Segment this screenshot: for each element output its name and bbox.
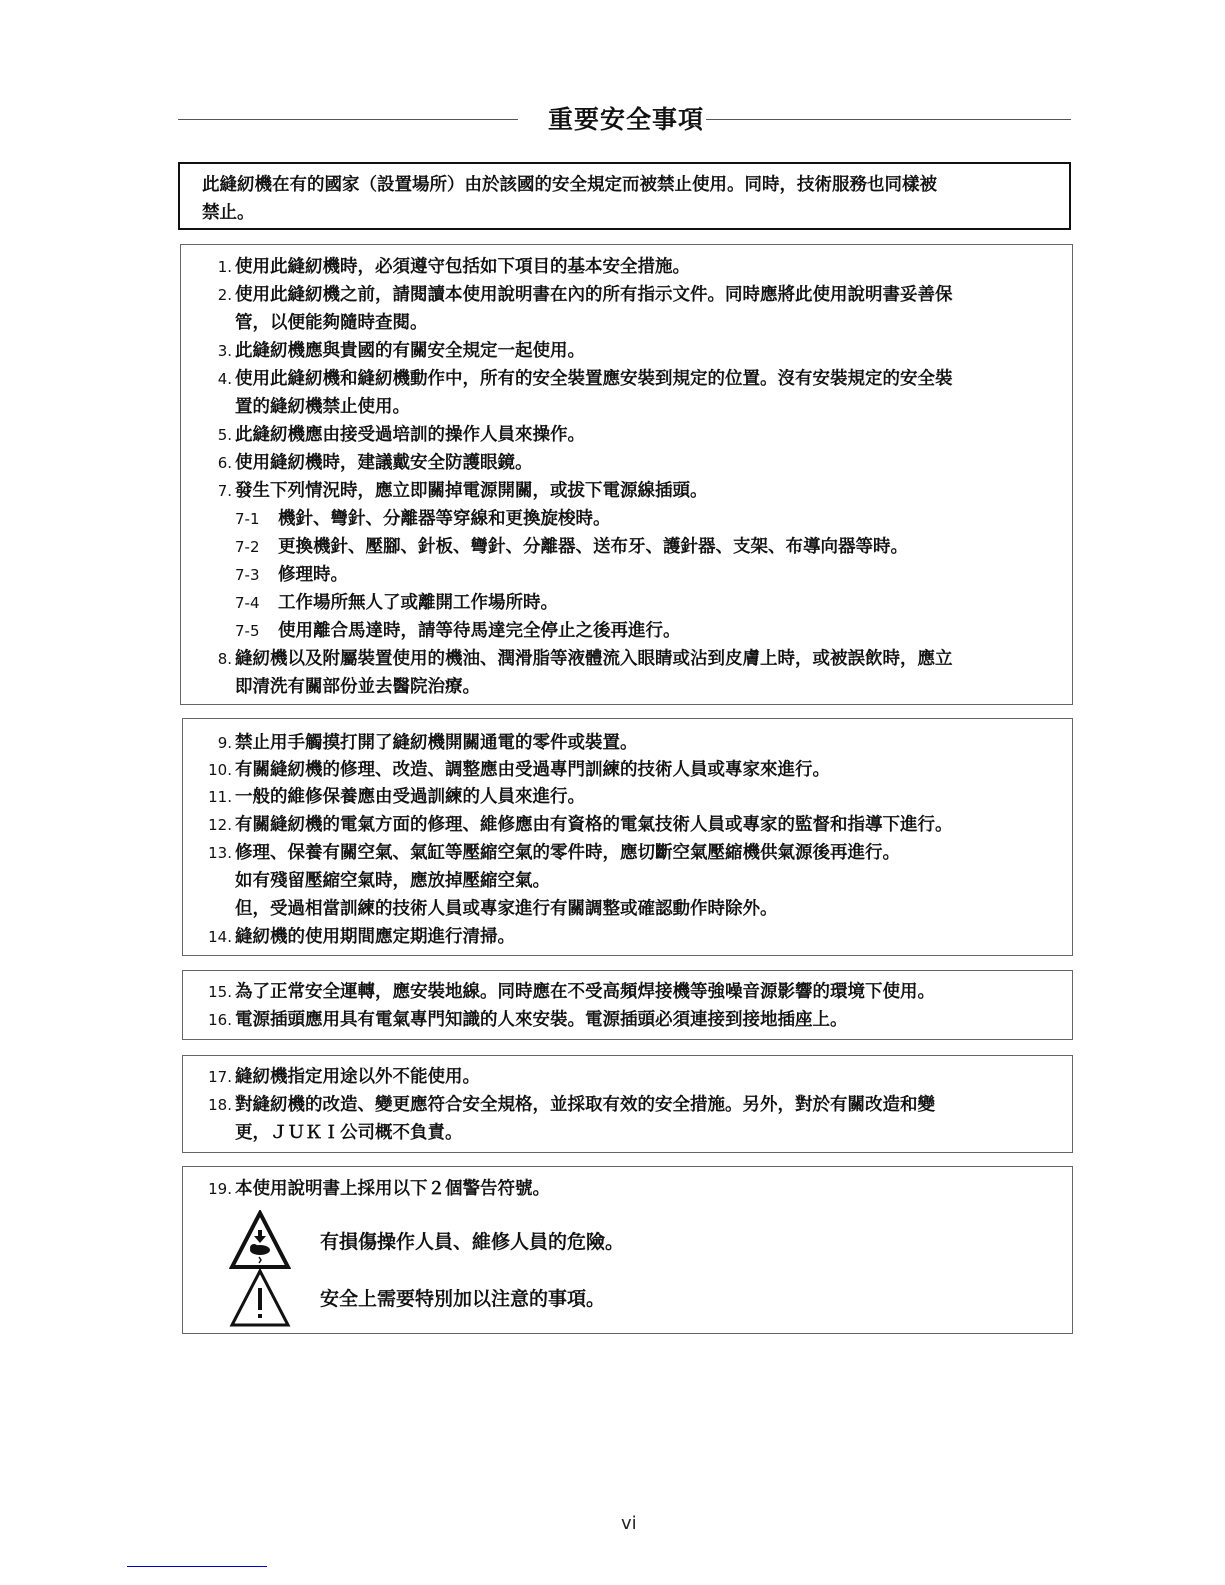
footer-link-underline[interactable] <box>127 1566 267 1567</box>
list-item-8-cont: 即清洗有關部份並去醫院治療。 <box>235 675 480 699</box>
list-item-13-cont-2: 但，受過相當訓練的技術人員或專家進行有關調整或確認動作時除外。 <box>235 897 778 921</box>
list-item-18-cont: 更，ＪＵＫＩ公司概不負責。 <box>235 1121 463 1145</box>
title-rule-right <box>706 119 1071 120</box>
page-number: vi <box>621 1513 637 1534</box>
notice-line-2: 禁止。 <box>202 199 1062 227</box>
list-item-4-cont: 置的縫紉機禁止使用。 <box>235 395 410 419</box>
prohibition-notice-box: 此縫紉機在有的國家（設置場所）由於該國的安全規定而被禁止使用。同時，技術服務也同… <box>178 162 1071 230</box>
prohibition-notice-text: 此縫紉機在有的國家（設置場所）由於該國的安全規定而被禁止使用。同時，技術服務也同… <box>202 171 1062 227</box>
page-title-row: 重要安全事項 <box>178 100 1071 136</box>
notice-line-1: 此縫紉機在有的國家（設置場所）由於該國的安全規定而被禁止使用。同時，技術服務也同… <box>202 171 1062 199</box>
hand-injury-warning-icon <box>229 1210 291 1270</box>
warning-text-caution: 安全上需要特別加以注意的事項。 <box>320 1287 605 1311</box>
warning-text-hand-injury: 有損傷操作人員、維修人員的危險。 <box>320 1230 624 1254</box>
page-title: 重要安全事項 <box>548 100 704 136</box>
list-item-2-cont: 管，以便能夠隨時查閱。 <box>235 311 428 335</box>
title-rule-left <box>178 119 518 120</box>
exclamation-warning-icon <box>229 1268 291 1328</box>
list-item-13-cont-1: 如有殘留壓縮空氣時，應放掉壓縮空氣。 <box>235 869 550 893</box>
